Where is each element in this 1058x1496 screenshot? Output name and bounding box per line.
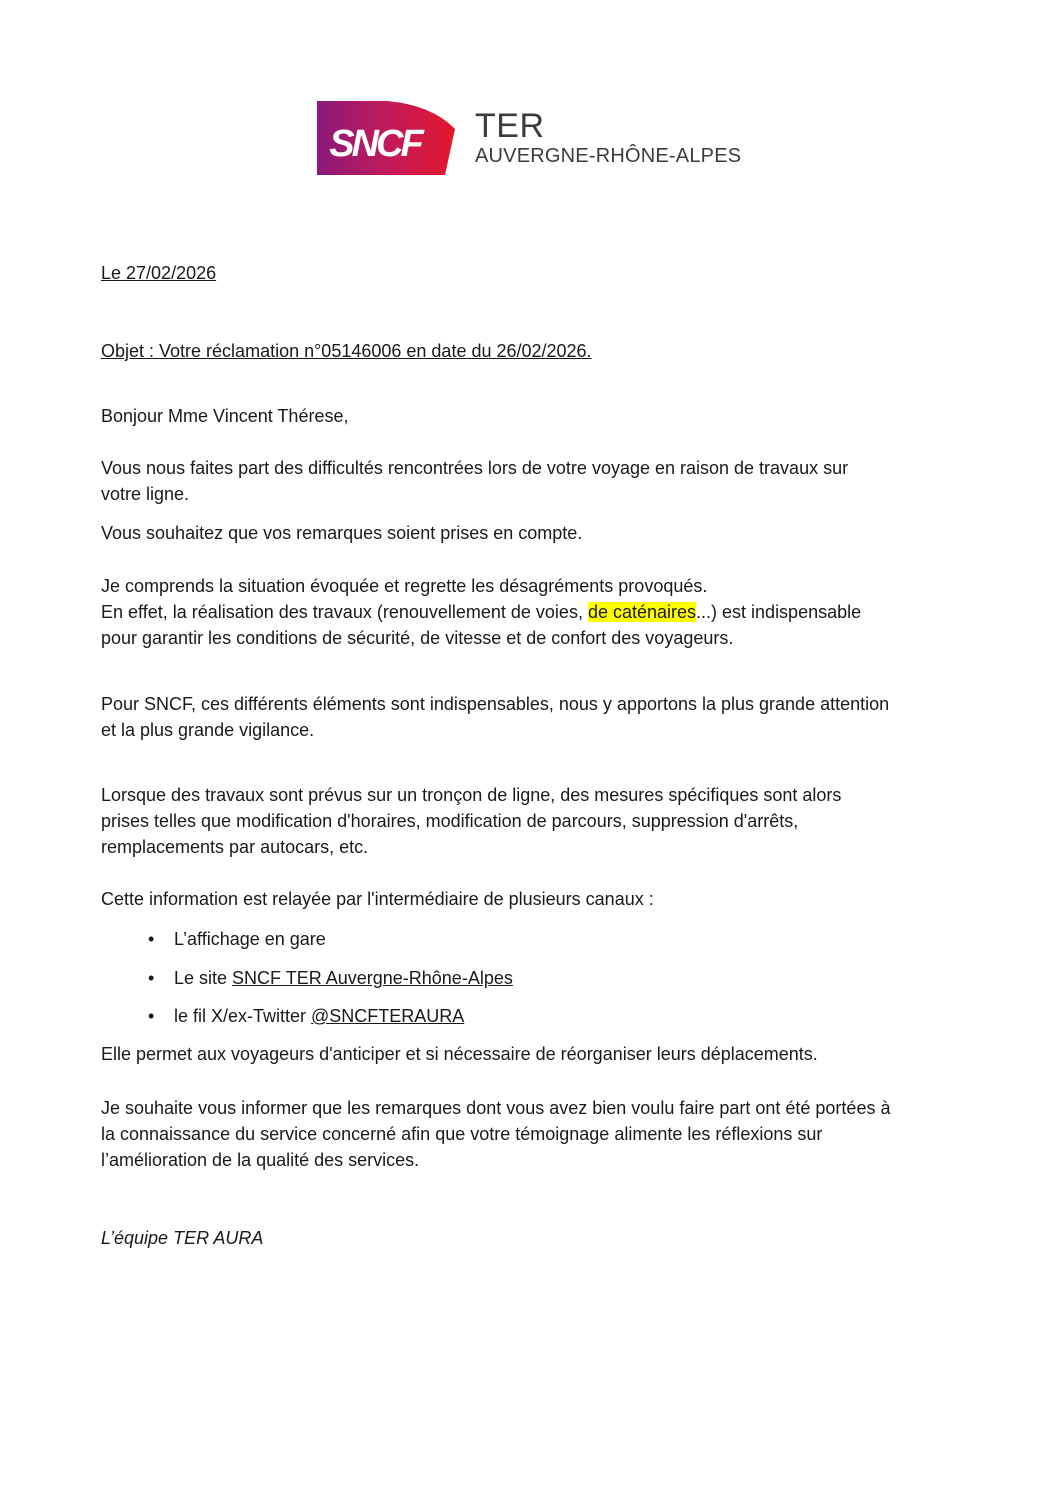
brand-title: TER xyxy=(475,108,741,144)
bullet-icon: • xyxy=(148,926,158,952)
paragraph-anticipate: Elle permet aux voyageurs d'anticiper et… xyxy=(101,1041,971,1068)
paragraph-line: Pour SNCF, ces différents éléments sont … xyxy=(101,691,971,718)
highlighted-text: de caténaires xyxy=(588,602,696,622)
paragraph-line: et la plus grande vigilance. xyxy=(101,717,971,744)
sncf-logo-text: SNCF xyxy=(329,123,425,165)
letter-date: Le 27/02/2026 xyxy=(101,260,971,287)
paragraph-channels-intro: Cette information est relayée par l'inte… xyxy=(101,886,971,913)
bullet-icon: • xyxy=(148,965,158,991)
paragraph-line: Lorsque des travaux sont prévus sur un t… xyxy=(101,782,971,809)
brand-region: AUVERGNE-RHÔNE-ALPES xyxy=(475,144,741,168)
paragraph-line: Vous nous faites part des difficultés re… xyxy=(101,455,971,482)
sncf-logo-mark: SNCF xyxy=(317,101,455,175)
list-item-text: le fil X/ex-Twitter xyxy=(174,1006,311,1026)
signature: L’équipe TER AURA xyxy=(101,1225,971,1252)
paragraph-line: la connaissance du service concerné afin… xyxy=(101,1121,971,1148)
paragraph-line: Je comprends la situation évoquée et reg… xyxy=(101,573,971,600)
paragraph-line: l’amélioration de la qualité des service… xyxy=(101,1147,971,1174)
list-item-text: L’affichage en gare xyxy=(174,926,326,952)
letter-subject: Objet : Votre réclamation n°05146006 en … xyxy=(101,338,971,365)
paragraph-line: remplacements par autocars, etc. xyxy=(101,834,971,861)
paragraph-line: prises telles que modification d'horaire… xyxy=(101,808,971,835)
ter-brand: TER AUVERGNE-RHÔNE-ALPES xyxy=(475,108,741,168)
sncf-ter-website-link[interactable]: SNCF TER Auvergne-Rhône-Alpes xyxy=(232,968,513,988)
text-segment: ...) est indispensable xyxy=(696,602,861,622)
text-segment: En effet, la réalisation des travaux (re… xyxy=(101,602,588,622)
paragraph-line: votre ligne. xyxy=(101,481,971,508)
letter-greeting: Bonjour Mme Vincent Thérese, xyxy=(101,403,971,430)
paragraph-line: pour garantir les conditions de sécurité… xyxy=(101,625,971,652)
paragraph-line: En effet, la réalisation des travaux (re… xyxy=(101,599,971,626)
paragraph-line: Je souhaite vous informer que les remarq… xyxy=(101,1095,971,1122)
bullet-icon: • xyxy=(148,1003,158,1029)
twitter-handle-link[interactable]: @SNCFTERAURA xyxy=(311,1006,464,1026)
sncf-ter-logo: SNCF TER AUVERGNE-RHÔNE-ALPES xyxy=(317,99,742,177)
list-item-text: Le site xyxy=(174,968,232,988)
paragraph-remarks: Vous souhaitez que vos remarques soient … xyxy=(101,520,971,547)
